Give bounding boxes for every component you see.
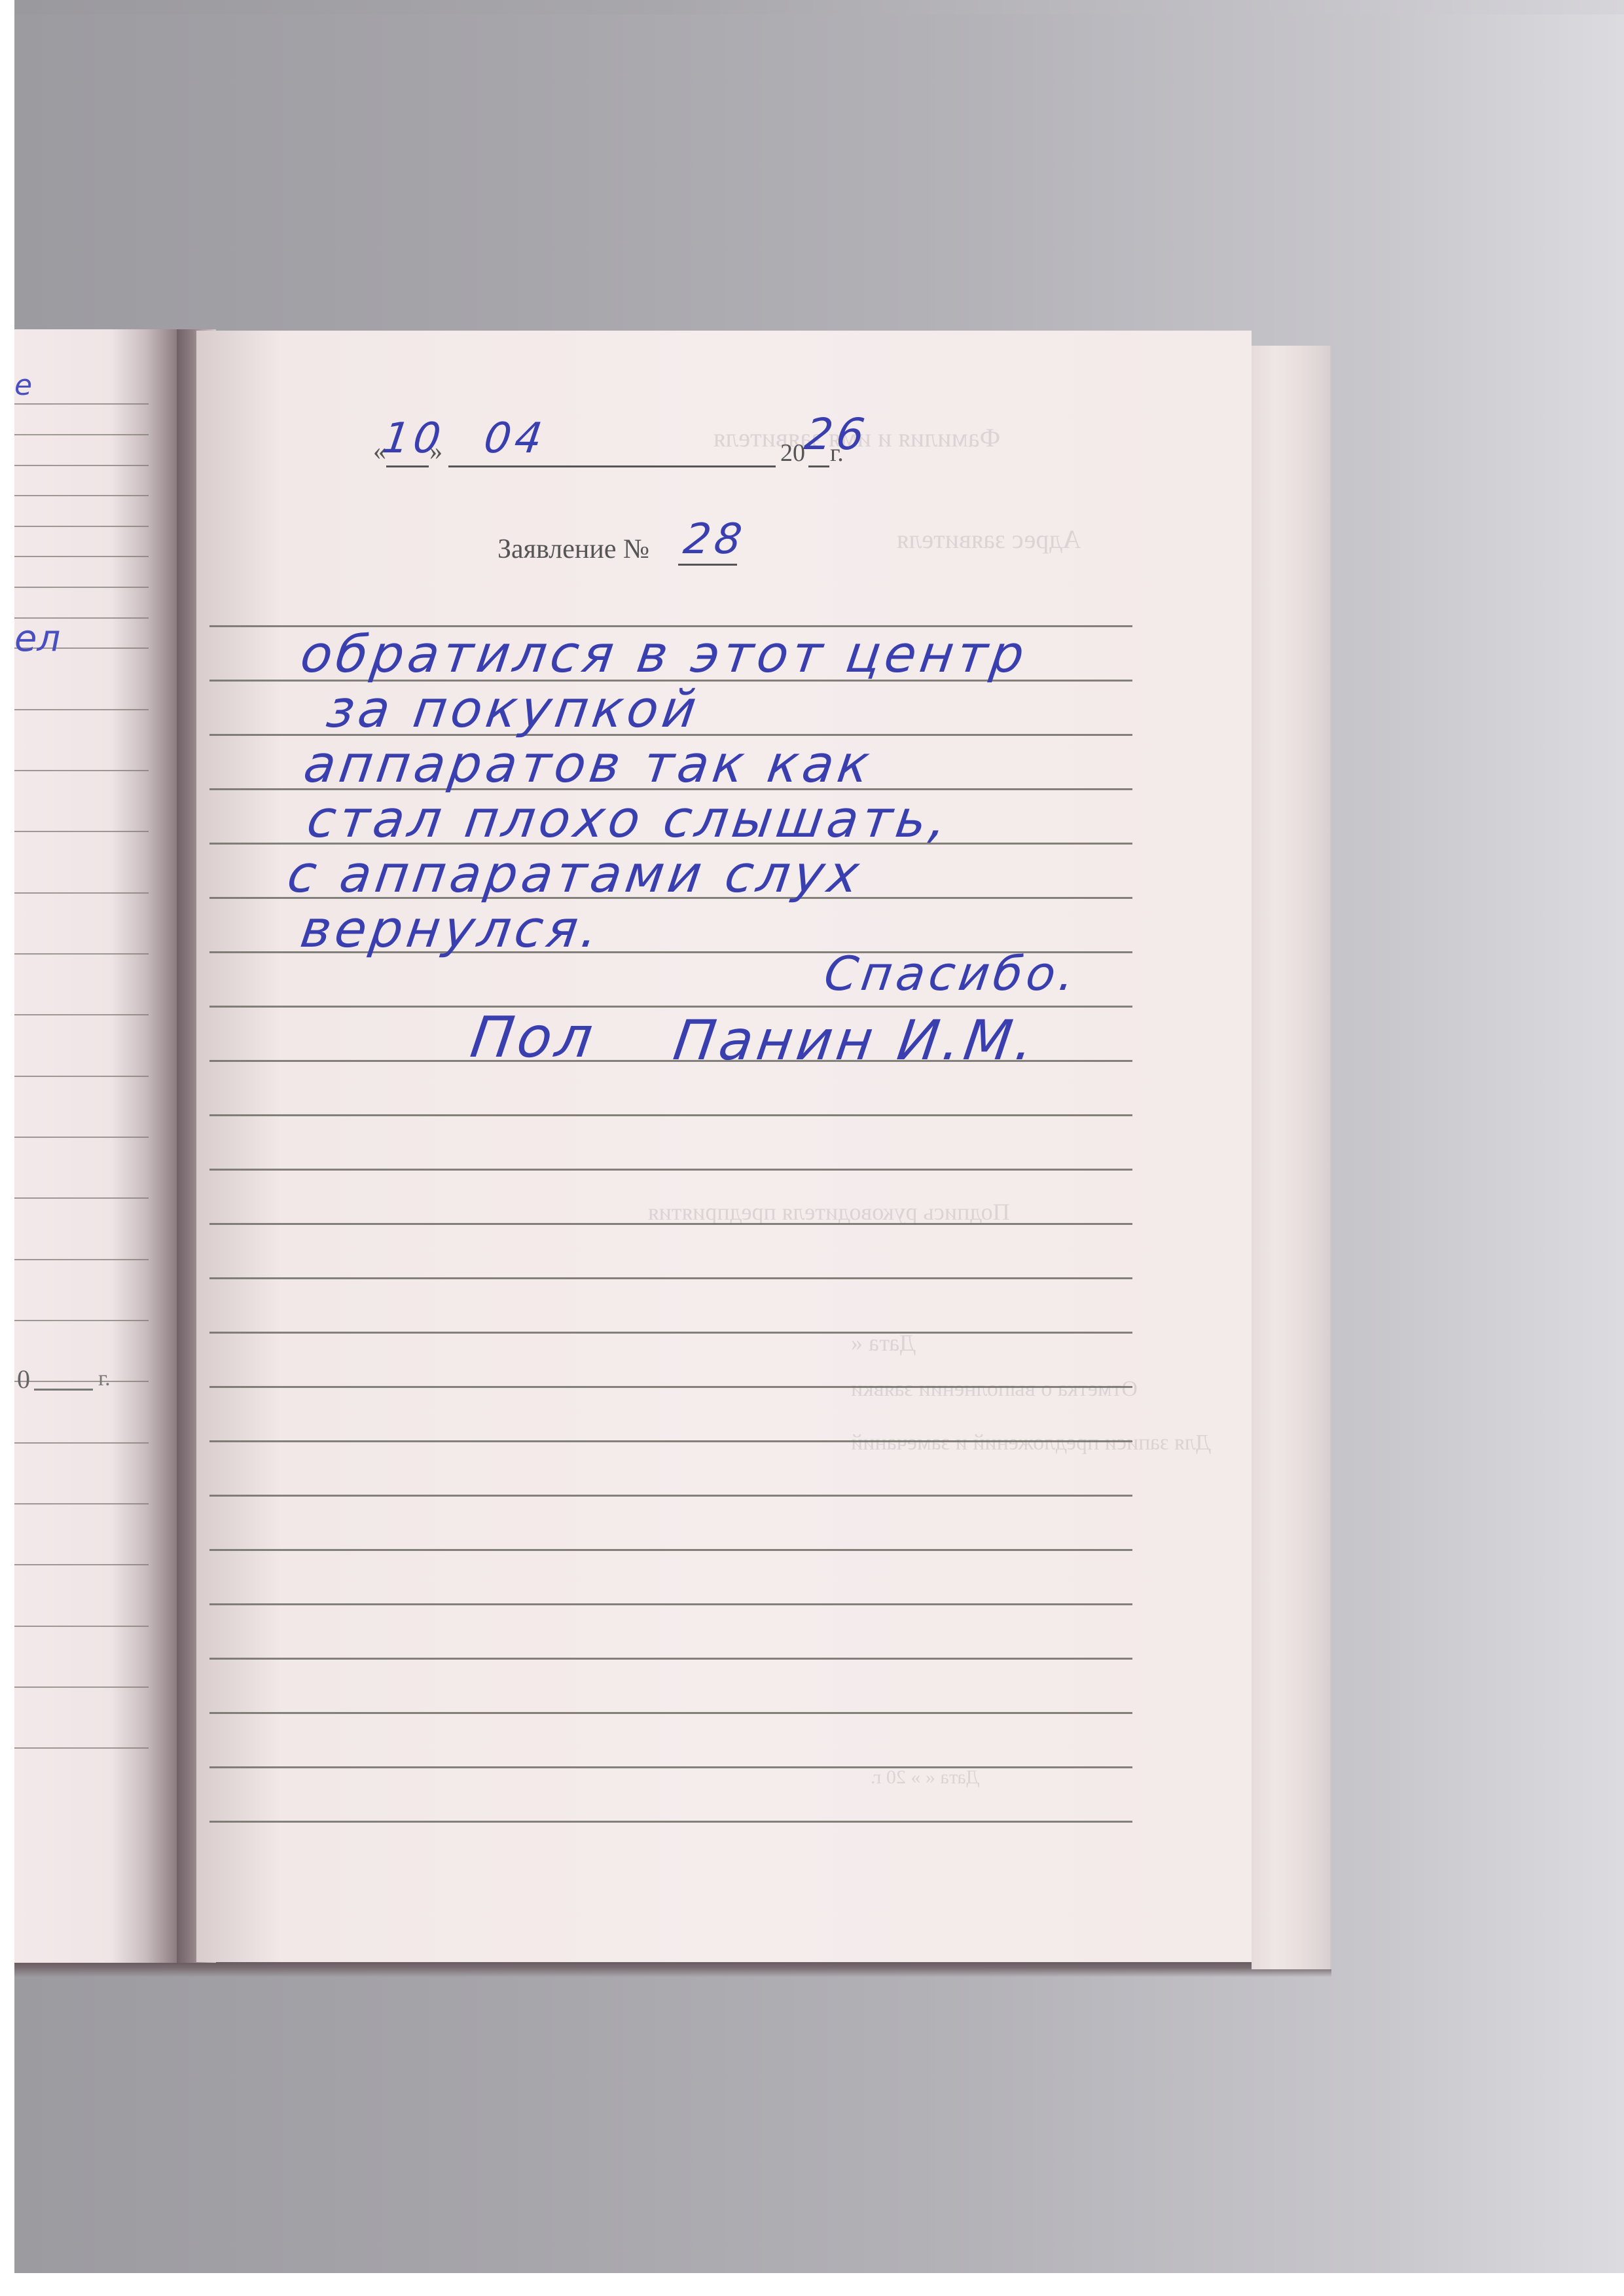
ruled-line bbox=[209, 1603, 1132, 1605]
application-number: 28 bbox=[681, 515, 749, 564]
bleed-through-text: Для записи предложений и замечаний bbox=[851, 1430, 1211, 1455]
ruled-line bbox=[209, 1821, 1132, 1823]
ruled-line bbox=[14, 1197, 149, 1199]
bleed-through-text: Отметка о выполнении заявки bbox=[851, 1377, 1138, 1402]
ruled-line bbox=[14, 1686, 149, 1688]
ruled-line bbox=[209, 1169, 1132, 1171]
ruled-line bbox=[14, 1747, 149, 1749]
ruled-line bbox=[209, 1114, 1132, 1116]
year-underline bbox=[808, 465, 829, 467]
application-title: Заявление № bbox=[497, 534, 649, 565]
ruled-line bbox=[14, 1320, 149, 1321]
ruled-line bbox=[14, 892, 149, 894]
ruled-line bbox=[209, 1386, 1132, 1388]
ruled-line bbox=[209, 1332, 1132, 1334]
ruled-line bbox=[209, 1277, 1132, 1279]
left-page: е ел 0 г. bbox=[14, 329, 190, 1963]
ruled-line bbox=[209, 1549, 1132, 1551]
month-underline bbox=[448, 465, 776, 467]
body-line: аппаратов так как bbox=[300, 735, 877, 794]
ruled-line bbox=[209, 1658, 1132, 1660]
ruled-line bbox=[14, 709, 149, 710]
ruled-line bbox=[14, 587, 149, 588]
ruled-line bbox=[14, 1626, 149, 1627]
ruled-line bbox=[209, 1006, 1132, 1008]
left-year-unit: г. bbox=[98, 1366, 111, 1391]
body-line: вернулся. bbox=[297, 900, 606, 959]
date-year-unit: г. bbox=[830, 439, 844, 467]
bleed-through-text: Адрес заявителя bbox=[897, 524, 1081, 555]
date-month: 04 bbox=[481, 414, 549, 463]
ruled-line bbox=[14, 403, 149, 405]
ruled-line bbox=[209, 1440, 1132, 1442]
date-quote-close: » bbox=[429, 435, 442, 466]
body-line: обратился в этот центр bbox=[297, 625, 1032, 684]
ruled-line bbox=[14, 556, 149, 557]
page-stack-edge bbox=[1252, 346, 1331, 1969]
ruled-line bbox=[14, 953, 149, 955]
ruled-line bbox=[209, 1766, 1132, 1768]
ruled-line bbox=[209, 1712, 1132, 1714]
ruled-line bbox=[14, 526, 149, 527]
ruled-line bbox=[14, 434, 149, 435]
ruled-line bbox=[14, 1564, 149, 1565]
ruled-line bbox=[14, 495, 149, 496]
number-underline bbox=[678, 564, 737, 566]
ruled-line bbox=[14, 770, 149, 771]
signature-name: Панин И.М. bbox=[670, 1008, 1041, 1072]
date-year-prefix: 20 bbox=[780, 439, 805, 467]
thanks-text: Спасибо. bbox=[821, 946, 1082, 1001]
ruled-line bbox=[14, 1014, 149, 1015]
ruled-line bbox=[14, 1076, 149, 1077]
ruled-line bbox=[14, 1503, 149, 1504]
day-underline bbox=[386, 465, 429, 467]
ruled-line bbox=[14, 465, 149, 466]
ruled-line bbox=[14, 831, 149, 832]
ruled-line bbox=[209, 1495, 1132, 1497]
body-line: стал плохо слышать, bbox=[304, 790, 954, 849]
left-handwriting-fragment: ел bbox=[14, 617, 60, 660]
ruled-line bbox=[14, 1381, 149, 1382]
right-page: Фамилия и имя заявителя Адрес заявителя … bbox=[196, 331, 1252, 1962]
signature-mark: Пол bbox=[467, 1005, 600, 1070]
left-date-underline bbox=[34, 1389, 93, 1391]
ruled-line bbox=[14, 1137, 149, 1138]
body-line: за покупкой bbox=[323, 680, 704, 739]
ruled-line bbox=[14, 1259, 149, 1260]
body-line: с аппаратами слух bbox=[284, 845, 867, 904]
bleed-through-text: Подпись руководителя предприятия bbox=[648, 1198, 1010, 1226]
ruled-line bbox=[209, 1223, 1132, 1225]
left-handwriting-fragment: е bbox=[14, 369, 32, 402]
ruled-line bbox=[14, 1442, 149, 1444]
left-date-fragment: 0 bbox=[17, 1364, 30, 1394]
bleed-through-text: Дата « » 20 г. bbox=[871, 1766, 979, 1789]
